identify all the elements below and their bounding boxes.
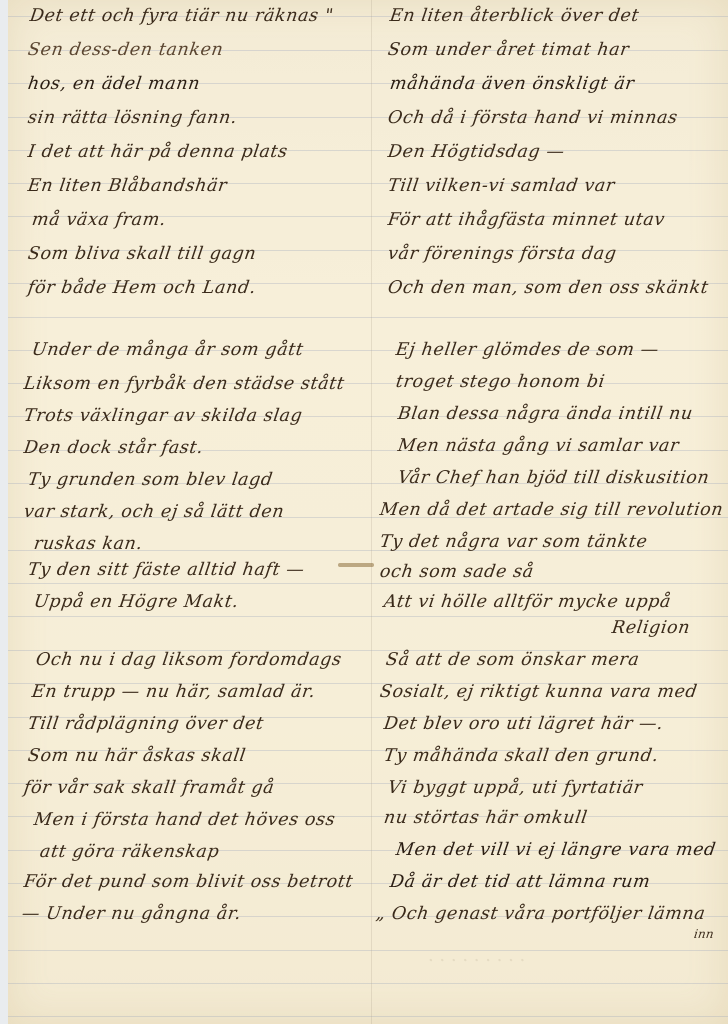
verse-line: Vi byggt uppå, uti fyrtatiär	[387, 778, 645, 798]
ruled-line	[8, 983, 728, 984]
bleed-through-ink: . . . . . . . . .	[428, 945, 525, 966]
ruled-line	[8, 583, 728, 584]
verse-line: — Under nu gångna år.	[21, 904, 243, 924]
ink-smudge	[338, 563, 374, 567]
verse-line: „ Och genast våra portföljer lämna	[375, 904, 707, 924]
verse-line: Att vi hölle alltför mycke uppå	[383, 592, 673, 612]
verse-line: Men då det artade sig till revolution	[379, 500, 725, 520]
verse-line: Som bliva skall till gagn	[27, 244, 258, 264]
verse-line: vår förenings första dag	[387, 244, 618, 264]
verse-line: Ej heller glömdes de som —	[395, 340, 661, 360]
verse-line: Ty måhända skall den grund.	[383, 746, 660, 766]
verse-line: ruskas kan.	[33, 534, 144, 554]
verse-line: var stark, och ej så lätt den	[23, 502, 286, 522]
verse-line: Det blev oro uti lägret här —.	[383, 714, 665, 734]
verse-line: För att ihågfästa minnet utav	[387, 210, 667, 230]
verse-line: må växa fram.	[31, 210, 168, 230]
verse-line: En trupp — nu här, samlad är.	[31, 682, 317, 702]
verse-line: Och då i första hand vi minnas	[387, 108, 679, 128]
verse-line: Sen dess-den tanken	[27, 40, 225, 60]
ruled-line	[8, 616, 728, 617]
verse-line: Men i första hand det höves oss	[33, 810, 337, 830]
ruled-line	[8, 1016, 728, 1017]
verse-line: Som under året timat har	[387, 40, 631, 60]
verse-line: inn	[693, 927, 715, 941]
ruled-line	[8, 317, 728, 318]
verse-line: Men det vill vi ej längre vara med	[395, 840, 718, 860]
verse-line: Till vilken-vi samlad var	[387, 176, 617, 196]
verse-line: Sosialt, ej riktigt kunna vara med	[379, 682, 699, 702]
verse-line: Den dock står fast.	[23, 438, 205, 458]
verse-line: Ty grunden som blev lagd	[27, 470, 275, 490]
verse-line: Trots växlingar av skilda slag	[23, 406, 304, 426]
verse-line: och som sade så	[379, 562, 536, 582]
verse-line: Så att de som önskar mera	[385, 650, 641, 670]
verse-line: att göra räkenskap	[39, 842, 221, 862]
verse-line: Ty den sitt fäste alltid haft —	[27, 560, 306, 580]
verse-line: Liksom en fyrbåk den städse stått	[23, 374, 346, 394]
center-fold	[371, 0, 372, 1024]
verse-line: för både Hem och Land.	[27, 278, 258, 298]
verse-line: Religion	[611, 618, 692, 638]
manuscript-page: . . . . . . . . . Det ett och fyra tiär …	[8, 0, 728, 1024]
verse-line: Ty det några var som tänkte	[379, 532, 649, 552]
verse-line: En liten återblick över det	[389, 6, 641, 26]
verse-line: I det att här på denna plats	[27, 142, 289, 162]
verse-line: sin rätta lösning fann.	[27, 108, 239, 128]
verse-line: Och den man, som den oss skänkt	[387, 278, 710, 298]
verse-line: Det ett och fyra tiär nu räknas "	[29, 6, 335, 26]
verse-line: För det pund som blivit oss betrott	[23, 872, 355, 892]
verse-line: En liten Blåbandshär	[27, 176, 229, 196]
verse-line: hos, en ädel mann	[27, 74, 202, 94]
verse-line: Men nästa gång vi samlar var	[397, 436, 681, 456]
verse-line: nu störtas här omkull	[383, 808, 589, 828]
verse-line: Under de många år som gått	[31, 340, 305, 360]
verse-line: Och nu i dag liksom fordomdags	[35, 650, 343, 670]
verse-line: Då är det tid att lämna rum	[389, 872, 652, 892]
verse-line: Till rådplägning över det	[27, 714, 265, 734]
verse-line: Vår Chef han bjöd till diskusition	[397, 468, 711, 488]
verse-line: Blan dessa några ända intill nu	[397, 404, 695, 424]
verse-line: troget stego honom bi	[395, 372, 607, 392]
verse-line: för vår sak skall framåt gå	[23, 778, 276, 798]
verse-line: Uppå en Högre Makt.	[33, 592, 240, 612]
verse-line: Den Högtidsdag —	[387, 142, 566, 162]
verse-line: måhända även önskligt är	[389, 74, 636, 94]
ruled-line	[8, 950, 728, 951]
verse-line: Som nu här åskas skall	[27, 746, 248, 766]
